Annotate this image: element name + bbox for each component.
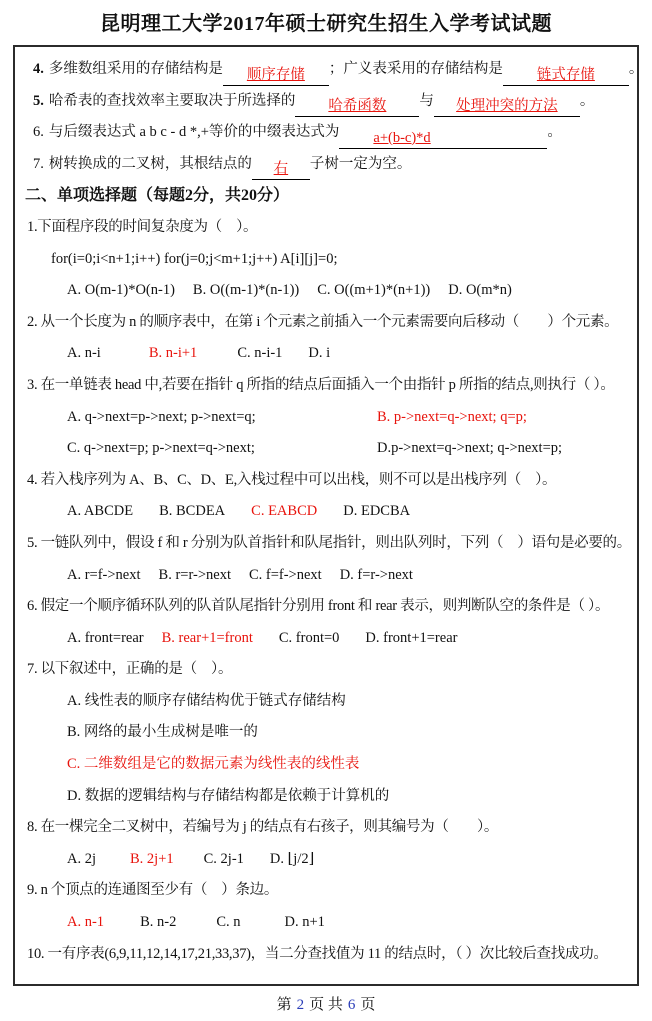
option-item: D. f=r->next (340, 567, 413, 583)
mcq-q4-options: A. ABCDEB. BCDEAC. EABCDD. EDCBA (25, 496, 633, 528)
option-item: D. EDCBA (343, 503, 410, 519)
question-text: 哈希表的查找效率主要取决于所选择的 (49, 93, 296, 109)
question-text: 与后缀表达式 a b c - d *,+等价的中缀表达式为 (49, 124, 340, 140)
fill-blank-q4: 4.多维数组采用的存储结构是顺序存储；广义表采用的存储结构是链式存储。 (25, 54, 633, 86)
option-item: A. ABCDE (67, 503, 133, 519)
mcq-q6-options: A. front=rearB. rear+1=frontC. front=0D.… (25, 623, 633, 655)
answer-text: a+(b-c)*d (373, 130, 430, 146)
total-pages: 6 (348, 997, 356, 1013)
mcq-q6-stem: 6. 假定一个顺序循环队列的队首队尾指针分别用 front 和 rear 表示，… (25, 591, 633, 623)
option-item: A. front=rear (67, 630, 144, 646)
question-text: 与 (419, 93, 434, 109)
blank-underline: 右 (252, 159, 310, 180)
mcq-q4-stem: 4. 若入栈序列为 A、B、C、D、E,入栈过程中可以出栈，则不可以是出栈序列（… (25, 465, 633, 497)
mcq-q7-option-d: D. 数据的逻辑结构与存储结构都是依赖于计算机的 (25, 781, 633, 813)
answer-text: 顺序存储 (247, 67, 305, 83)
option-item: C. n (216, 914, 240, 930)
question-text: 。 (629, 61, 639, 77)
answer-text: 右 (274, 161, 289, 177)
footer-text: 第 (277, 997, 292, 1013)
option-item: B. n-2 (140, 914, 176, 930)
answer-text: 链式存储 (537, 67, 595, 83)
mcq-q3-options-row2: C. q->next=p; p->next=q->next;D.p->next=… (25, 433, 633, 465)
option-item: A. O(m-1)*O(n-1) (67, 282, 175, 298)
question-text: 。 (547, 124, 562, 140)
mcq-q1-stem: 1.下面程序段的时间复杂度为（ ）。 (25, 212, 633, 244)
option-item: B. n-i+1 (149, 345, 197, 361)
mcq-q2-options: A. n-iB. n-i+1C. n-i-1D. i (25, 338, 633, 370)
question-text: 。 (580, 93, 595, 109)
footer-text: 页 (360, 997, 375, 1013)
option-item: D. O(m*n) (448, 282, 512, 298)
mcq-q7-option-a: A. 线性表的顺序存储结构优于链式存储结构 (25, 686, 633, 718)
option-item: A. n-1 (67, 914, 104, 930)
mcq-q5-stem: 5. 一链队列中，假设 f 和 r 分别为队首指针和队尾指针，则出队列时，下列（… (25, 528, 633, 560)
mcq-q7-option-c: C. 二维数组是它的数据元素为线性表的线性表 (25, 749, 633, 781)
mcq-q1-options: A. O(m-1)*O(n-1)B. O((m-1)*(n-1))C. O((m… (25, 275, 633, 307)
option-item: A. n-i (67, 345, 101, 361)
blank-underline: 处理冲突的方法 (434, 96, 580, 117)
mcq-q7-stem: 7. 以下叙述中，正确的是（ ）。 (25, 654, 633, 686)
footer-text: 页 共 (309, 997, 343, 1013)
option-item: B. r=r->next (159, 567, 231, 583)
option-item: D. i (308, 345, 330, 361)
mcq-q5-options: A. r=f->nextB. r=r->nextC. f=f->nextD. f… (25, 560, 633, 592)
blank-underline: 顺序存储 (223, 65, 329, 86)
page-footer: 第2页 共6页 (0, 993, 652, 1014)
option-item: B. 网络的最小生成树是唯一的 (67, 724, 258, 740)
fill-blank-q6: 6.与后缀表达式 a b c - d *,+等价的中缀表达式为a+(b-c)*d… (25, 117, 633, 149)
option-item: C. q->next=p; p->next=q->next; (67, 433, 367, 465)
question-number: 6. (33, 124, 44, 140)
blank-underline: a+(b-c)*d (339, 128, 547, 149)
option-item: C. f=f->next (249, 567, 322, 583)
mcq-q3-options-row1: A. q->next=p->next; p->next=q;B. p->next… (25, 402, 633, 434)
mcq-q2-stem: 2. 从一个长度为 n 的顺序表中，在第 i 个元素之前插入一个元素需要向后移动… (25, 307, 633, 339)
mcq-q7-option-b: B. 网络的最小生成树是唯一的 (25, 717, 633, 749)
option-item: B. p->next=q->next; q=p; (377, 409, 527, 425)
option-item: B. rear+1=front (162, 630, 253, 646)
option-item: A. q->next=p->next; p->next=q; (67, 402, 367, 434)
option-item: C. front=0 (279, 630, 340, 646)
answer-text: 哈希函数 (328, 98, 386, 114)
question-number: 7. (33, 156, 44, 172)
option-item: B. 2j+1 (130, 851, 174, 867)
answer-text: 处理冲突的方法 (456, 98, 558, 114)
question-box: 4.多维数组采用的存储结构是顺序存储；广义表采用的存储结构是链式存储。 5.哈希… (13, 45, 639, 986)
mcq-q8-options: A. 2jB. 2j+1C. 2j-1D. ⌊j/2⌋ (25, 844, 633, 876)
fill-blank-q5: 5.哈希表的查找效率主要取决于所选择的哈希函数与处理冲突的方法。 (25, 86, 633, 118)
question-number: 4. (33, 61, 44, 77)
question-text: 多维数组采用的存储结构是 (49, 61, 223, 77)
option-item: C. EABCD (251, 503, 317, 519)
question-text: 子树一定为空。 (310, 156, 412, 172)
blank-underline: 哈希函数 (295, 96, 419, 117)
option-item: A. r=f->next (67, 567, 141, 583)
mcq-q3-stem: 3. 在一单链表 head 中,若要在指针 q 所指的结点后面插入一个由指针 p… (25, 370, 633, 402)
option-item: D. n+1 (284, 914, 324, 930)
mcq-q9-stem: 9. n 个顶点的连通图至少有（ ）条边。 (25, 875, 633, 907)
question-number: 5. (33, 93, 44, 109)
fill-blank-q7: 7.树转换成的二叉树，其根结点的右子树一定为空。 (25, 149, 633, 181)
mcq-q9-options: A. n-1B. n-2C. nD. n+1 (25, 907, 633, 939)
option-item: A. 2j (67, 851, 96, 867)
blank-underline: 链式存储 (503, 65, 629, 86)
question-text: 树转换成的二叉树，其根结点的 (49, 156, 252, 172)
page-title: 昆明理工大学2017年硕士研究生招生入学考试试题 (0, 7, 652, 36)
question-text: ；广义表采用的存储结构是 (329, 61, 503, 77)
section-heading: 二、单项选择题（每题2分，共20分） (25, 180, 633, 212)
mcq-q8-stem: 8. 在一棵完全二叉树中，若编号为 j 的结点有右孩子，则其编号为（ ）。 (25, 812, 633, 844)
option-item: D. 数据的逻辑结构与存储结构都是依赖于计算机的 (67, 788, 389, 804)
option-item: D. ⌊j/2⌋ (270, 851, 314, 867)
option-item: C. n-i-1 (237, 345, 282, 361)
option-item: D.p->next=q->next; q->next=p; (377, 440, 562, 456)
option-item: A. 线性表的顺序存储结构优于链式存储结构 (67, 693, 346, 709)
option-item: C. O((m+1)*(n+1)) (317, 282, 430, 298)
option-item: C. 2j-1 (204, 851, 244, 867)
mcq-q10-stem: 10. 一有序表(6,9,11,12,14,17,21,33,37)，当二分查找… (25, 939, 633, 971)
page-number: 2 (297, 997, 305, 1013)
option-item: D. front+1=rear (365, 630, 457, 646)
option-item: B. BCDEA (159, 503, 225, 519)
mcq-q1-code: for(i=0;i<n+1;i++) for(j=0;j<m+1;j++) A[… (25, 244, 633, 276)
option-item: C. 二维数组是它的数据元素为线性表的线性表 (67, 756, 359, 772)
option-item: B. O((m-1)*(n-1)) (193, 282, 299, 298)
